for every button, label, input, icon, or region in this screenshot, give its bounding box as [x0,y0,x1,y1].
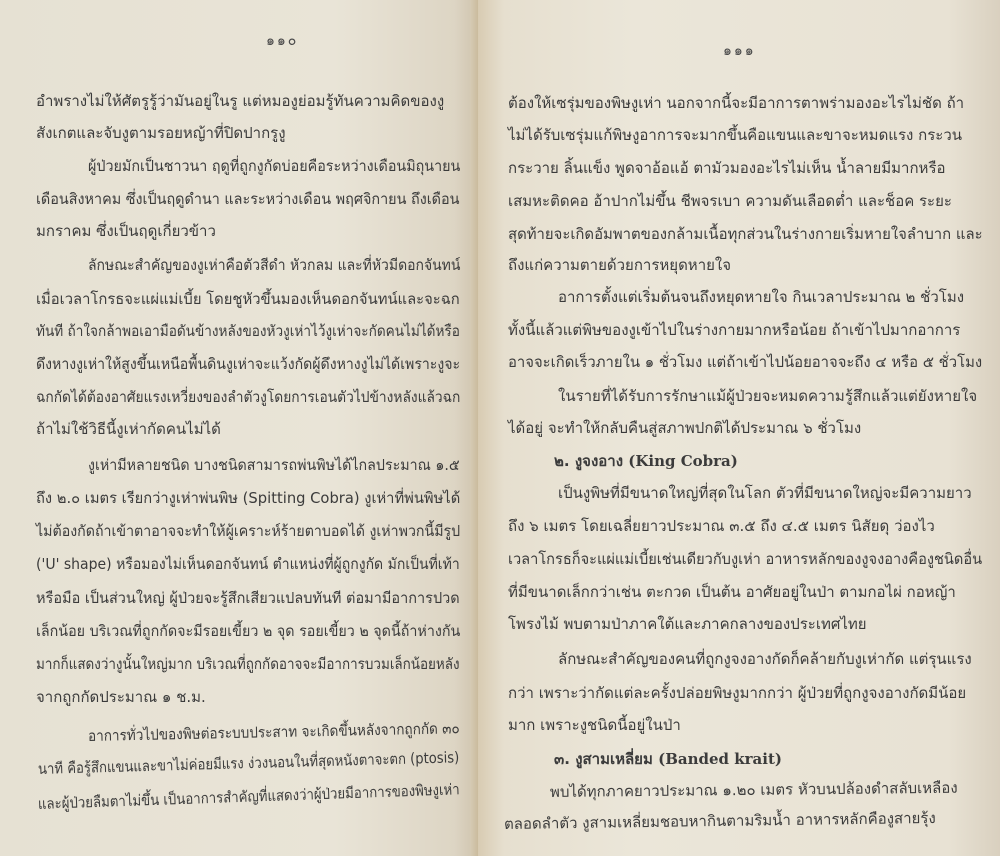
text-line: ถึงแก่ความตายด้วยการหยุดหายใจ [508,256,731,274]
text-line: จากถูกกัดประมาณ ๑ ช.ม. [36,688,206,706]
paragraph-start: ผู้ป่วยมักเป็นชาวนา ฤดูที่ถูกงูกัดบ่อยคื… [88,157,460,175]
paragraph-start: อาการตั้งแต่เริ่มต้นจนถึงหยุดหายใจ กินเว… [558,288,964,306]
text-line: อำพรางไม่ให้ศัตรูรู้ว่ามันอยู่ในรู แต่หม… [36,92,444,110]
right-page: ๑๑๑ ต้องให้เซรุ่มของพิษงูเห่า นอกจากนี้จ… [478,0,1000,856]
paragraph-start: อาการทั่วไปของพิษต่อระบบประสาท จะเกิดขึ้… [88,719,460,745]
section-title-thai: งูจงอาง [575,452,623,470]
text-line: เมื่อเวลาโกรธจะแผ่แม่เบี้ย โดยชูหัวขึ้นม… [36,290,460,308]
text-line: ถึง ๒.๐ เมตร เรียกว่างูเห่าพ่นพิษ (Spitt… [36,489,460,507]
section-heading-king-cobra: ๒. งูจงอาง (King Cobra) [554,452,738,470]
section-heading-banded-krait: ๓. งูสามเหลี่ยม (Banded krait) [554,750,782,768]
section-title-english: (King Cobra) [628,452,738,470]
text-line: ฉกกัดได้ต้องอาศัยแรงเหวี่ยงของลำตัวงูโดย… [36,388,460,406]
text-line: เวลาโกรธก็จะแผ่แม่เบี้ยเช่นเดียวกับงูเห่… [508,550,982,568]
left-page: ๑๑๐ อำพรางไม่ให้ศัตรูรู้ว่ามันอยู่ในรู แ… [0,0,478,856]
paragraph-start: งูเห่ามีหลายชนิด บางชนิดสามารถพ่นพิษได้ไ… [88,456,460,474]
text-line: เสมหะติดคอ อ้าปากไม่ขึ้น ชีพจรเบา ความดั… [508,192,952,210]
book-spread: ๑๑๐ อำพรางไม่ให้ศัตรูรู้ว่ามันอยู่ในรู แ… [0,0,1000,856]
section-number: ๓. [554,750,570,768]
page-number: ๑๑๐ [266,30,298,52]
text-line: ('U' shape) หรือมองไม่เห็นดอกจันทน์ ตำแห… [36,555,460,573]
text-line: กระวาย ลิ้นแข็ง พูดจาอ้อแอ้ ตามัวมองอะไร… [508,159,946,177]
paragraph-start: ในรายที่ได้รับการรักษาแม้ผู้ป่วยจะหมดควา… [558,387,977,405]
section-title-english: (Banded krait) [658,750,782,768]
text-line: อาจจะเกิดเร็วภายใน ๑ ชั่วโมง แต่ถ้าเข้าไ… [508,353,982,371]
paragraph-start: ลักษณะสำคัญของคนที่ถูกงูจงอางกัดก็คล้ายก… [558,650,972,668]
page-number: ๑๑๑ [723,40,756,62]
text-line: โพรงไม้ พบตามป่าภาคใต้และภาคกลางของประเท… [508,615,867,633]
text-line: มาก เพราะงูชนิดนี้อยู่ในป่า [508,716,681,734]
section-title-thai: งูสามเหลี่ยม [575,750,653,768]
text-line: เล็กน้อย บริเวณที่ถูกกัดจะมีรอยเขี้ยว ๒ … [36,622,460,640]
paragraph-start: เป็นงูพิษที่มีขนาดใหญ่ที่สุดในโลก ตัวที่… [558,484,972,502]
text-line: เดือนสิงหาคม ซึ่งเป็นฤดูดำนา และระหว่างเ… [36,190,459,208]
text-line: สังเกตและจับงูตามรอยหญ้าที่ปิดปากรูงู [36,124,286,142]
text-line: ถึง ๖ เมตร โดยเฉลี่ยยาวประมาณ ๓.๕ ถึง ๔.… [508,517,935,535]
text-line: ได้อยู่ จะทำให้กลับคืนสู่สภาพปกติได้ประม… [508,419,861,437]
text-line: ดึงหางงูเห่าให้สูงขึ้นเหนือพื้นดินงูเห่า… [36,355,460,373]
text-line: กว่า เพราะว่ากัดแต่ละครั้งปล่อยพิษงูมากก… [508,684,966,702]
text-line: และผู้ป่วยลืมตาไม่ขึ้น เป็นอาการสำคัญที่… [38,780,460,813]
paragraph-start: ลักษณะสำคัญของงูเห่าคือตัวสีดำ หัวกลม แล… [88,256,460,274]
paragraph-start: พบได้ทุกภาคยาวประมาณ ๑.๒๐ เมตร หัวบนปล้อ… [550,779,958,801]
text-line: นาที คือรู้สึกแขนและขาไม่ค่อยมีแรง ง่วงน… [38,748,460,778]
section-number: ๒. [554,452,570,470]
text-line: ไม่ต้องกัดถ้าเข้าตาอาจจะทำให้ผู้เคราะห์ร… [36,522,460,540]
text-line: ต้องให้เซรุ่มของพิษงูเห่า นอกจากนี้จะมีอ… [508,94,964,112]
text-line: ที่มีขนาดเล็กกว่าเช่น ตะกวด เป็นต้น อาศั… [508,583,956,601]
text-line: ทั้งนี้แล้วแต่พิษของงูเข้าไปในร่างกายมาก… [508,321,960,339]
text-line: สุดท้ายจะเกิดอัมพาตของกล้ามเนื้อทุกส่วนใ… [508,225,983,243]
text-line: หรือมือ เป็นส่วนใหญ่ ผู้ป่วยจะรู้สึกเสีย… [36,589,460,607]
text-line: มากก็แสดงว่างูนั้นใหญ่มาก บริเวณที่ถูกกั… [36,655,460,673]
text-line: ไม่ได้รับเซรุ่มแก้พิษงูอาการจะมากขึ้นคือ… [508,126,962,144]
text-line: มกราคม ซึ่งเป็นฤดูเกี่ยวข้าว [36,222,216,240]
text-line: ตลอดลำตัว งูสามเหลี่ยมชอบหากินตามริมน้ำ … [504,809,936,833]
text-line: ถ้าไม่ใช้วิธีนี้งูเห่ากัดคนไม่ได้ [36,420,221,438]
text-line: ทันที ถ้าใจกล้าพอเอามือดันข้างหลังของหัว… [36,322,460,340]
